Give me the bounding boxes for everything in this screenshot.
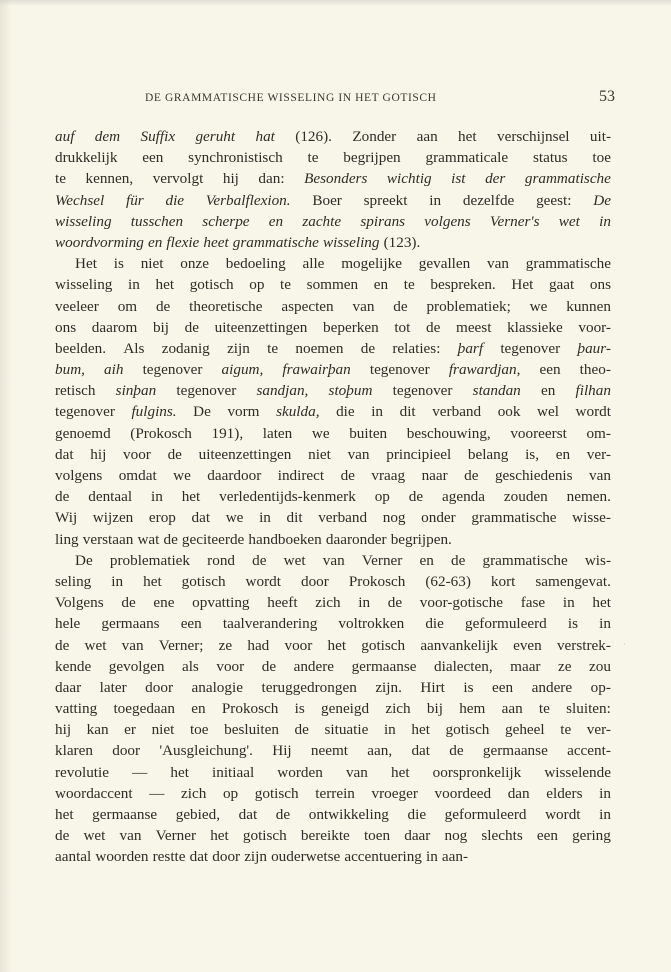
word: standan: [473, 380, 521, 401]
text-line: volgensomdatwedaardoorindirectdevraagnaa…: [55, 465, 611, 486]
text: het: [170, 764, 189, 781]
text: Zonder: [352, 128, 396, 145]
word: Besonders: [304, 168, 367, 189]
word: dezelfde: [463, 190, 514, 211]
word: ling: [55, 529, 79, 550]
text: de: [262, 658, 276, 675]
text: in: [128, 276, 140, 293]
text: kan: [87, 721, 109, 738]
text: grammatische: [471, 509, 556, 526]
word: zachte: [302, 211, 341, 232]
word: principieel: [386, 444, 451, 465]
word: de: [388, 592, 402, 613]
word: het: [328, 635, 347, 656]
text: worden: [277, 764, 323, 781]
text: begrijpen: [343, 149, 400, 166]
text: dat: [411, 742, 430, 759]
text: tegenover: [176, 382, 236, 399]
text: (Prokosch: [130, 425, 192, 442]
text: gering: [572, 827, 611, 844]
word: germaanse: [483, 740, 548, 761]
word: de: [341, 465, 355, 486]
italic-text: dem: [95, 128, 120, 145]
word: Het: [511, 274, 533, 295]
word: van: [346, 762, 368, 783]
text: zijn: [244, 848, 267, 865]
running-head: DE GRAMMATISCHE WISSELING IN HET GOTISCH…: [55, 90, 615, 110]
text: voor-gotische: [420, 594, 503, 611]
word: voltrokken: [338, 613, 404, 634]
word: meest: [456, 317, 491, 338]
text: gotisch: [190, 276, 234, 293]
word: skulda,: [276, 401, 319, 422]
text: de: [55, 827, 69, 844]
word: rond: [207, 550, 235, 571]
word: uiteenzettingen: [199, 444, 292, 465]
word: sandjan,: [256, 380, 308, 401]
word: en: [541, 380, 555, 401]
word: het: [170, 762, 189, 783]
word: te: [308, 147, 319, 168]
word: begrijpen.: [391, 529, 452, 550]
text: uiteenzettingen: [199, 446, 292, 463]
word: grammatische: [525, 168, 611, 189]
text: niet: [308, 446, 331, 463]
word: niet: [141, 253, 164, 274]
text: taalverandering: [223, 615, 317, 632]
word: geformuleerd: [465, 613, 547, 634]
word: in: [599, 783, 611, 804]
text: van: [120, 827, 142, 844]
word: dem: [95, 126, 120, 147]
word: taalverandering: [223, 613, 317, 634]
text: wisseling: [55, 276, 112, 293]
italic-text: spirans: [360, 213, 405, 230]
text: Volgens: [55, 594, 104, 611]
word: relaties:: [392, 338, 440, 359]
italic-text: Besonders: [304, 170, 367, 187]
text: opvatting: [192, 594, 249, 611]
word: zouden: [504, 486, 548, 507]
word: aan: [502, 698, 523, 719]
word: germaanse: [92, 804, 157, 825]
italic-text: Wechsel: [55, 192, 104, 209]
italic-text: wisseling: [55, 213, 112, 230]
text: wat: [137, 531, 159, 548]
word: de: [252, 550, 266, 571]
word: later: [100, 677, 127, 698]
text: in: [111, 573, 123, 590]
italic-text: auf: [55, 128, 74, 145]
word: de: [163, 529, 177, 550]
word: nog: [383, 507, 406, 528]
word: wel: [537, 401, 559, 422]
text: is: [114, 255, 124, 272]
word: ons: [590, 274, 611, 295]
word: het: [182, 486, 201, 507]
text: 'Ausgleichung'.: [159, 742, 253, 759]
word: problematiek;: [426, 296, 510, 317]
text: spreekt: [364, 192, 408, 209]
text-line: DeproblematiekronddewetvanVernerendegram…: [55, 550, 611, 571]
word: de: [393, 296, 407, 317]
word: de: [55, 635, 69, 656]
paragraph: DeproblematiekronddewetvanVernerendegram…: [55, 550, 611, 868]
word: in: [384, 719, 396, 740]
text: grammatische: [483, 552, 568, 569]
text: aan: [417, 128, 438, 145]
word: ze: [219, 635, 232, 656]
text: principieel: [386, 446, 451, 463]
word: situatie: [324, 719, 368, 740]
word: het: [458, 126, 477, 147]
italic-text: frawairþan: [282, 361, 350, 378]
word: vooreerst: [510, 423, 567, 444]
word: in: [358, 592, 370, 613]
text: zijn: [227, 340, 250, 357]
text: germaanse: [483, 742, 548, 759]
text: problematiek;: [426, 298, 510, 315]
text: ver-: [587, 721, 611, 738]
word: geheel: [505, 719, 545, 740]
italic-text: sinþan: [116, 382, 157, 399]
text-line: revolutie—hetinitiaalwordenvanhetoorspro…: [55, 762, 611, 783]
text: het: [210, 827, 229, 844]
word: De: [193, 401, 211, 422]
text: ons: [590, 276, 611, 293]
book-page: DE GRAMMATISCHE WISSELING IN HET GOTISCH…: [0, 0, 671, 972]
text-line: tekennen,vervolgthijdan:Besonderswichtig…: [55, 168, 611, 189]
text: grammaticale: [425, 149, 508, 166]
text: beschouwing,: [407, 425, 491, 442]
text: ouderwetse: [271, 848, 340, 865]
word: Wij: [55, 507, 77, 528]
text: neemt: [311, 742, 348, 759]
word: bespreken.: [430, 274, 495, 295]
word: auf: [55, 126, 74, 147]
text-line: helegermaanseentaalveranderingvoltrokken…: [55, 613, 611, 634]
word: vroeger: [372, 783, 418, 804]
text: veeleer: [55, 298, 99, 315]
text: we: [226, 509, 244, 526]
text: omdat: [119, 467, 157, 484]
word: grammatische: [233, 232, 319, 253]
word: van: [120, 825, 142, 846]
text: het: [391, 764, 410, 781]
word: de: [55, 825, 69, 846]
word: noemen: [295, 338, 343, 359]
text: het: [55, 806, 74, 823]
word: uiteenzettingen: [215, 317, 308, 338]
text: dat: [190, 848, 209, 865]
word: gotisch: [255, 783, 299, 804]
word: toe: [592, 147, 611, 168]
text: voor: [216, 658, 244, 675]
word: aan,: [367, 740, 392, 761]
word: wisseling: [323, 232, 380, 253]
italic-text: scherpe: [202, 213, 249, 230]
word: stoþum: [329, 380, 373, 401]
word: had: [247, 635, 269, 656]
word: zou: [589, 656, 611, 677]
word: synchronistisch: [188, 147, 283, 168]
word: de: [185, 317, 199, 338]
text: de: [55, 488, 69, 505]
word: wichtig: [387, 168, 432, 189]
word: het: [210, 825, 229, 846]
text-line: dewetvanVernerhetgotischbereiktetoendaar…: [55, 825, 611, 846]
text: onze: [180, 255, 209, 272]
word: Verner's: [490, 211, 540, 232]
text: ene: [153, 594, 174, 611]
text: woordaccent: [55, 785, 133, 802]
text: verschijnsel: [497, 128, 570, 145]
text-line: hetgermaansegebied,datdeontwikkelingdieg…: [55, 804, 611, 825]
word: te: [539, 698, 550, 719]
text: dat: [239, 806, 258, 823]
word: vraag: [371, 465, 405, 486]
word: begrijpen: [343, 147, 400, 168]
text: seling: [55, 573, 91, 590]
text: voor: [123, 446, 151, 463]
text: door: [145, 679, 173, 696]
word: sommen: [307, 274, 358, 295]
word: tegenover: [55, 401, 115, 422]
word: te: [560, 719, 571, 740]
text: (126).: [295, 128, 332, 145]
word: klassieke: [507, 317, 563, 338]
italic-text: stoþum: [329, 382, 373, 399]
text: Het: [75, 255, 97, 272]
word: is: [114, 253, 124, 274]
word: om: [118, 296, 137, 317]
word: ist: [451, 168, 465, 189]
word: de: [295, 719, 309, 740]
word: tegenover: [143, 359, 203, 380]
word: verstrek-: [557, 635, 611, 656]
word: ook: [498, 401, 521, 422]
text: wijzen: [93, 509, 133, 526]
text: nog: [383, 509, 406, 526]
word: frawardjan,: [449, 359, 521, 380]
text: Verner;: [159, 637, 204, 654]
word: we: [312, 423, 330, 444]
text: hem: [459, 700, 485, 717]
text: het: [458, 128, 477, 145]
word: van: [352, 296, 374, 317]
word: theoretische: [189, 296, 262, 317]
text: het: [182, 488, 201, 505]
text: gevallen: [419, 255, 470, 272]
text: restte: [153, 848, 186, 865]
word: wis-: [585, 550, 611, 571]
italic-text: bum,: [55, 361, 85, 378]
text: ook: [498, 403, 521, 420]
text: mogelijke: [341, 255, 402, 272]
italic-text: en: [269, 213, 283, 230]
text: het: [411, 721, 430, 738]
text: besluiten: [224, 721, 279, 738]
word: zich: [385, 698, 410, 719]
word: bedoeling: [226, 253, 286, 274]
text: relaties:: [392, 340, 440, 357]
text: vervolgt: [153, 170, 204, 187]
text: —: [132, 764, 147, 781]
word: daar: [404, 825, 430, 846]
text: de: [388, 594, 402, 611]
text-line: hijkanerniettoebesluitendesituatieinhetg…: [55, 719, 611, 740]
word: van: [487, 253, 509, 274]
text: in: [384, 721, 396, 738]
word: spirans: [360, 211, 405, 232]
word: verband: [318, 507, 367, 528]
text: kende: [55, 658, 91, 675]
text: dat: [192, 509, 211, 526]
word: Hirt: [420, 677, 444, 698]
word: gotisch: [361, 635, 405, 656]
text: als: [182, 658, 199, 675]
text: aanvankelijk: [420, 637, 498, 654]
word: het: [391, 762, 410, 783]
word: wisseling: [55, 211, 112, 232]
word: worden: [277, 762, 323, 783]
text: in: [429, 192, 441, 209]
word: zodanig: [162, 338, 210, 359]
text: in: [259, 509, 271, 526]
word: Boer: [312, 190, 342, 211]
text: is,: [525, 446, 539, 463]
text: geformuleerd: [465, 615, 547, 632]
word: germaans: [101, 613, 159, 634]
text: geneigd: [321, 700, 369, 717]
text: door: [212, 848, 240, 865]
text: is: [568, 615, 578, 632]
word: een: [181, 613, 202, 634]
text: buiten: [349, 425, 387, 442]
text: analogie: [192, 679, 243, 696]
text-line: wisselingtusschenscherpeenzachtespiransv…: [55, 211, 611, 232]
word: —: [132, 762, 147, 783]
word: Suffix: [140, 126, 175, 147]
text: gevolgen: [109, 658, 165, 675]
word: de: [168, 444, 182, 465]
text: toe: [190, 721, 209, 738]
word: De: [593, 190, 611, 211]
word: neemt: [311, 740, 348, 761]
italic-text: grammatische: [525, 170, 611, 187]
word: tot: [394, 317, 410, 338]
italic-text: aih: [104, 361, 123, 378]
word: slechts: [481, 825, 522, 846]
word: vervolgt: [153, 168, 204, 189]
italic-text: Verbalflexion.: [206, 192, 291, 209]
word: þaur-: [577, 338, 610, 359]
text: terrein: [315, 785, 355, 802]
text: te: [55, 170, 66, 187]
text: de: [295, 721, 309, 738]
text: ze: [219, 637, 232, 654]
italic-text: geruht: [195, 128, 235, 145]
word: andere: [294, 656, 334, 677]
italic-text: woordvorming: [55, 234, 144, 251]
text: te: [308, 149, 319, 166]
word: hele: [55, 613, 80, 634]
text: tot: [394, 319, 410, 336]
italic-text: fulgins.: [131, 403, 176, 420]
word: en: [374, 274, 388, 295]
text: Hirt: [420, 679, 444, 696]
text: uiteenzettingen: [215, 319, 308, 336]
word: wordt: [576, 401, 611, 422]
word: is: [295, 698, 305, 719]
word: mogelijke: [341, 253, 402, 274]
text: verband: [432, 403, 481, 420]
word: de: [55, 486, 69, 507]
word: frawairþan: [282, 359, 350, 380]
word: laten: [263, 423, 293, 444]
text: in: [371, 403, 383, 420]
text: ons: [55, 319, 76, 336]
word: agenda: [442, 486, 485, 507]
word: retisch: [55, 380, 95, 401]
word: door: [145, 677, 173, 698]
text: (123).: [384, 234, 421, 251]
text: Hij: [272, 742, 291, 759]
word: accent-: [567, 740, 611, 761]
word: opvatting: [192, 592, 249, 613]
text: handboeken: [248, 531, 321, 548]
word: verschijnsel: [497, 126, 570, 147]
text: en: [420, 552, 434, 569]
text: vraag: [371, 467, 405, 484]
text: ver-: [587, 446, 611, 463]
word: een: [492, 677, 513, 698]
text: woorden: [95, 848, 148, 865]
word: 'Ausgleichung'.: [159, 740, 253, 761]
text-line: aantalwoordenresttedatdoorzijnouderwetse…: [55, 846, 611, 867]
text: het: [328, 637, 347, 654]
word: in: [599, 211, 611, 232]
word: status: [533, 147, 568, 168]
text: de: [55, 637, 69, 654]
word: verstaan: [83, 529, 134, 550]
text: slechts: [481, 827, 522, 844]
text: tegenover: [55, 403, 115, 420]
scan-speck: ·: [623, 640, 626, 644]
word: heeft: [267, 592, 297, 613]
word: gotisch: [190, 274, 234, 295]
italic-text: flexie: [166, 234, 199, 251]
word: problematiek: [110, 550, 190, 571]
word: dit: [400, 401, 416, 422]
text: die: [425, 615, 444, 632]
word: in: [151, 486, 163, 507]
italic-text: wichtig: [387, 170, 432, 187]
text: dit: [400, 403, 416, 420]
word: kan: [87, 719, 109, 740]
italic-text: in: [599, 213, 611, 230]
word: analogie: [192, 677, 243, 698]
word: gaat: [549, 274, 574, 295]
word: de: [449, 740, 463, 761]
word: (126).: [295, 126, 332, 147]
text: samengevat.: [535, 573, 611, 590]
text-line: kendegevolgenalsvoordeanderegermaansedia…: [55, 656, 611, 677]
word: seling: [55, 571, 91, 592]
word: ver-: [587, 444, 611, 465]
word: Prokosch: [349, 571, 406, 592]
text: geformuleerd: [445, 806, 527, 823]
